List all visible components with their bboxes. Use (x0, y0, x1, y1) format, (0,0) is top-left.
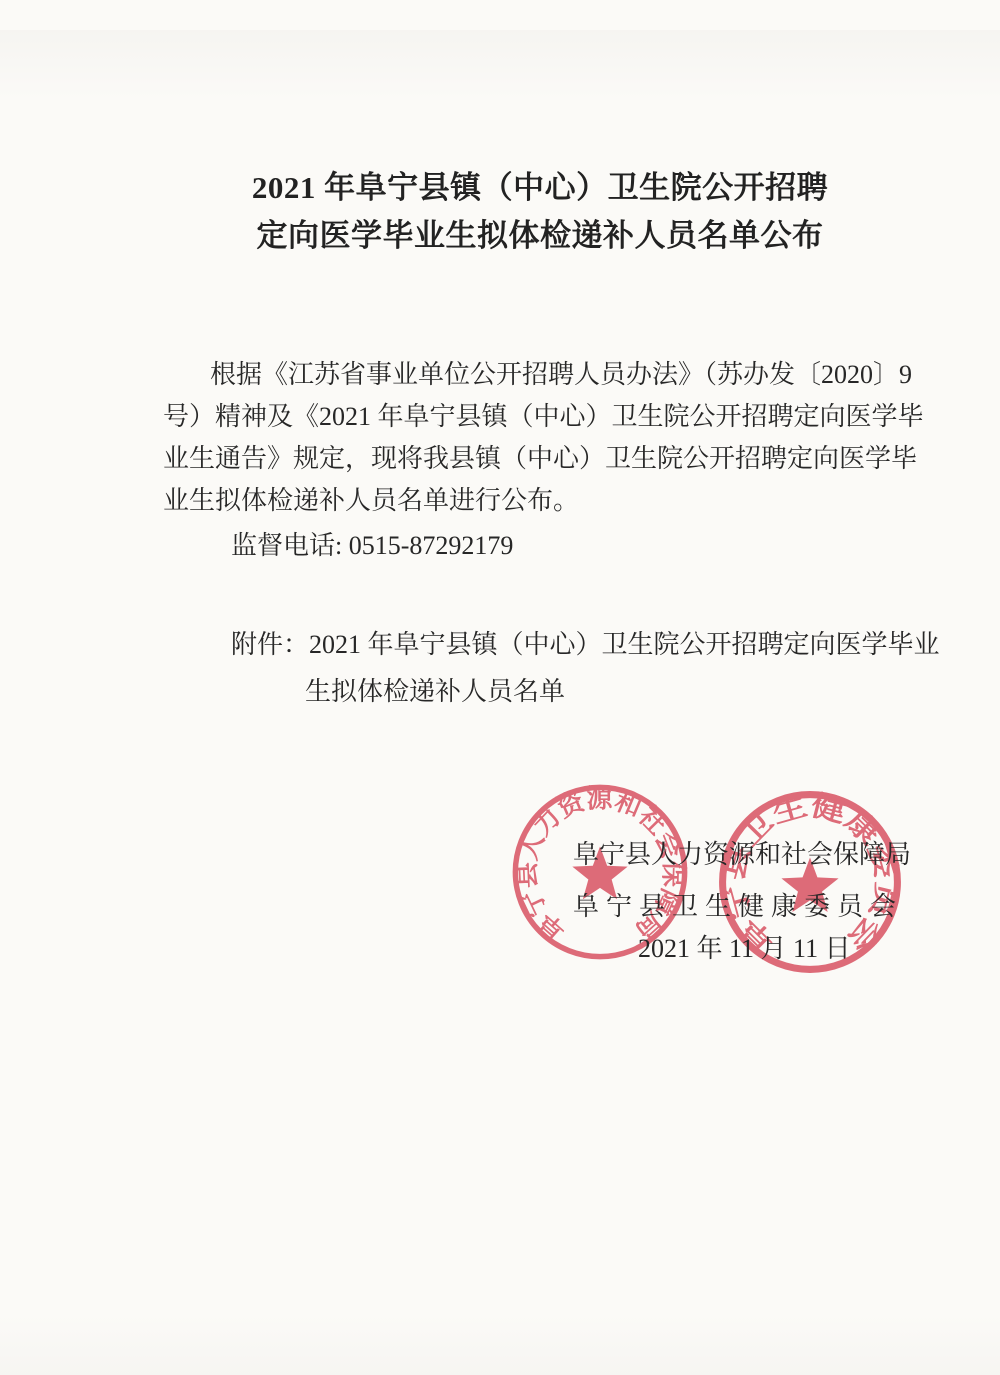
scan-noise-bottom (0, 1315, 1000, 1375)
attachment-line-2: 生拟体检递补人员名单 (305, 677, 565, 707)
body-line-2: 号）精神及《2021 年阜宁县镇（中心）卫生院公开招聘定向医学毕 (163, 402, 924, 432)
supervision-phone-line: 监督电话: 0515-87292179 (231, 531, 513, 561)
scan-noise-top (0, 30, 1000, 100)
body-line-1: 根据《江苏省事业单位公开招聘人员办法》（苏办发〔2020〕9 (210, 360, 912, 390)
document-page: 2021 年阜宁县镇（中心）卫生院公开招聘 定向医学毕业生拟体检递补人员名单公布… (0, 0, 1000, 1375)
body-line-3: 业生通告》规定，现将我县镇（中心）卫生院公开招聘定向医学毕 (163, 444, 917, 474)
issue-date: 2021 年 11 月 11 日 (638, 934, 851, 964)
document-title-line-2: 定向医学毕业生拟体检递补人员名单公布 (163, 218, 917, 254)
signer-org-1: 阜宁县人力资源和社会保障局 (573, 840, 911, 870)
document-title-line-1: 2021 年阜宁县镇（中心）卫生院公开招聘 (163, 170, 917, 206)
attachment-line-1: 附件：2021 年阜宁县镇（中心）卫生院公开招聘定向医学毕业 (231, 630, 940, 660)
signer-org-2: 阜宁县卫生健康委员会 (573, 892, 903, 922)
body-line-4: 业生拟体检递补人员名单进行公布。 (163, 486, 579, 516)
